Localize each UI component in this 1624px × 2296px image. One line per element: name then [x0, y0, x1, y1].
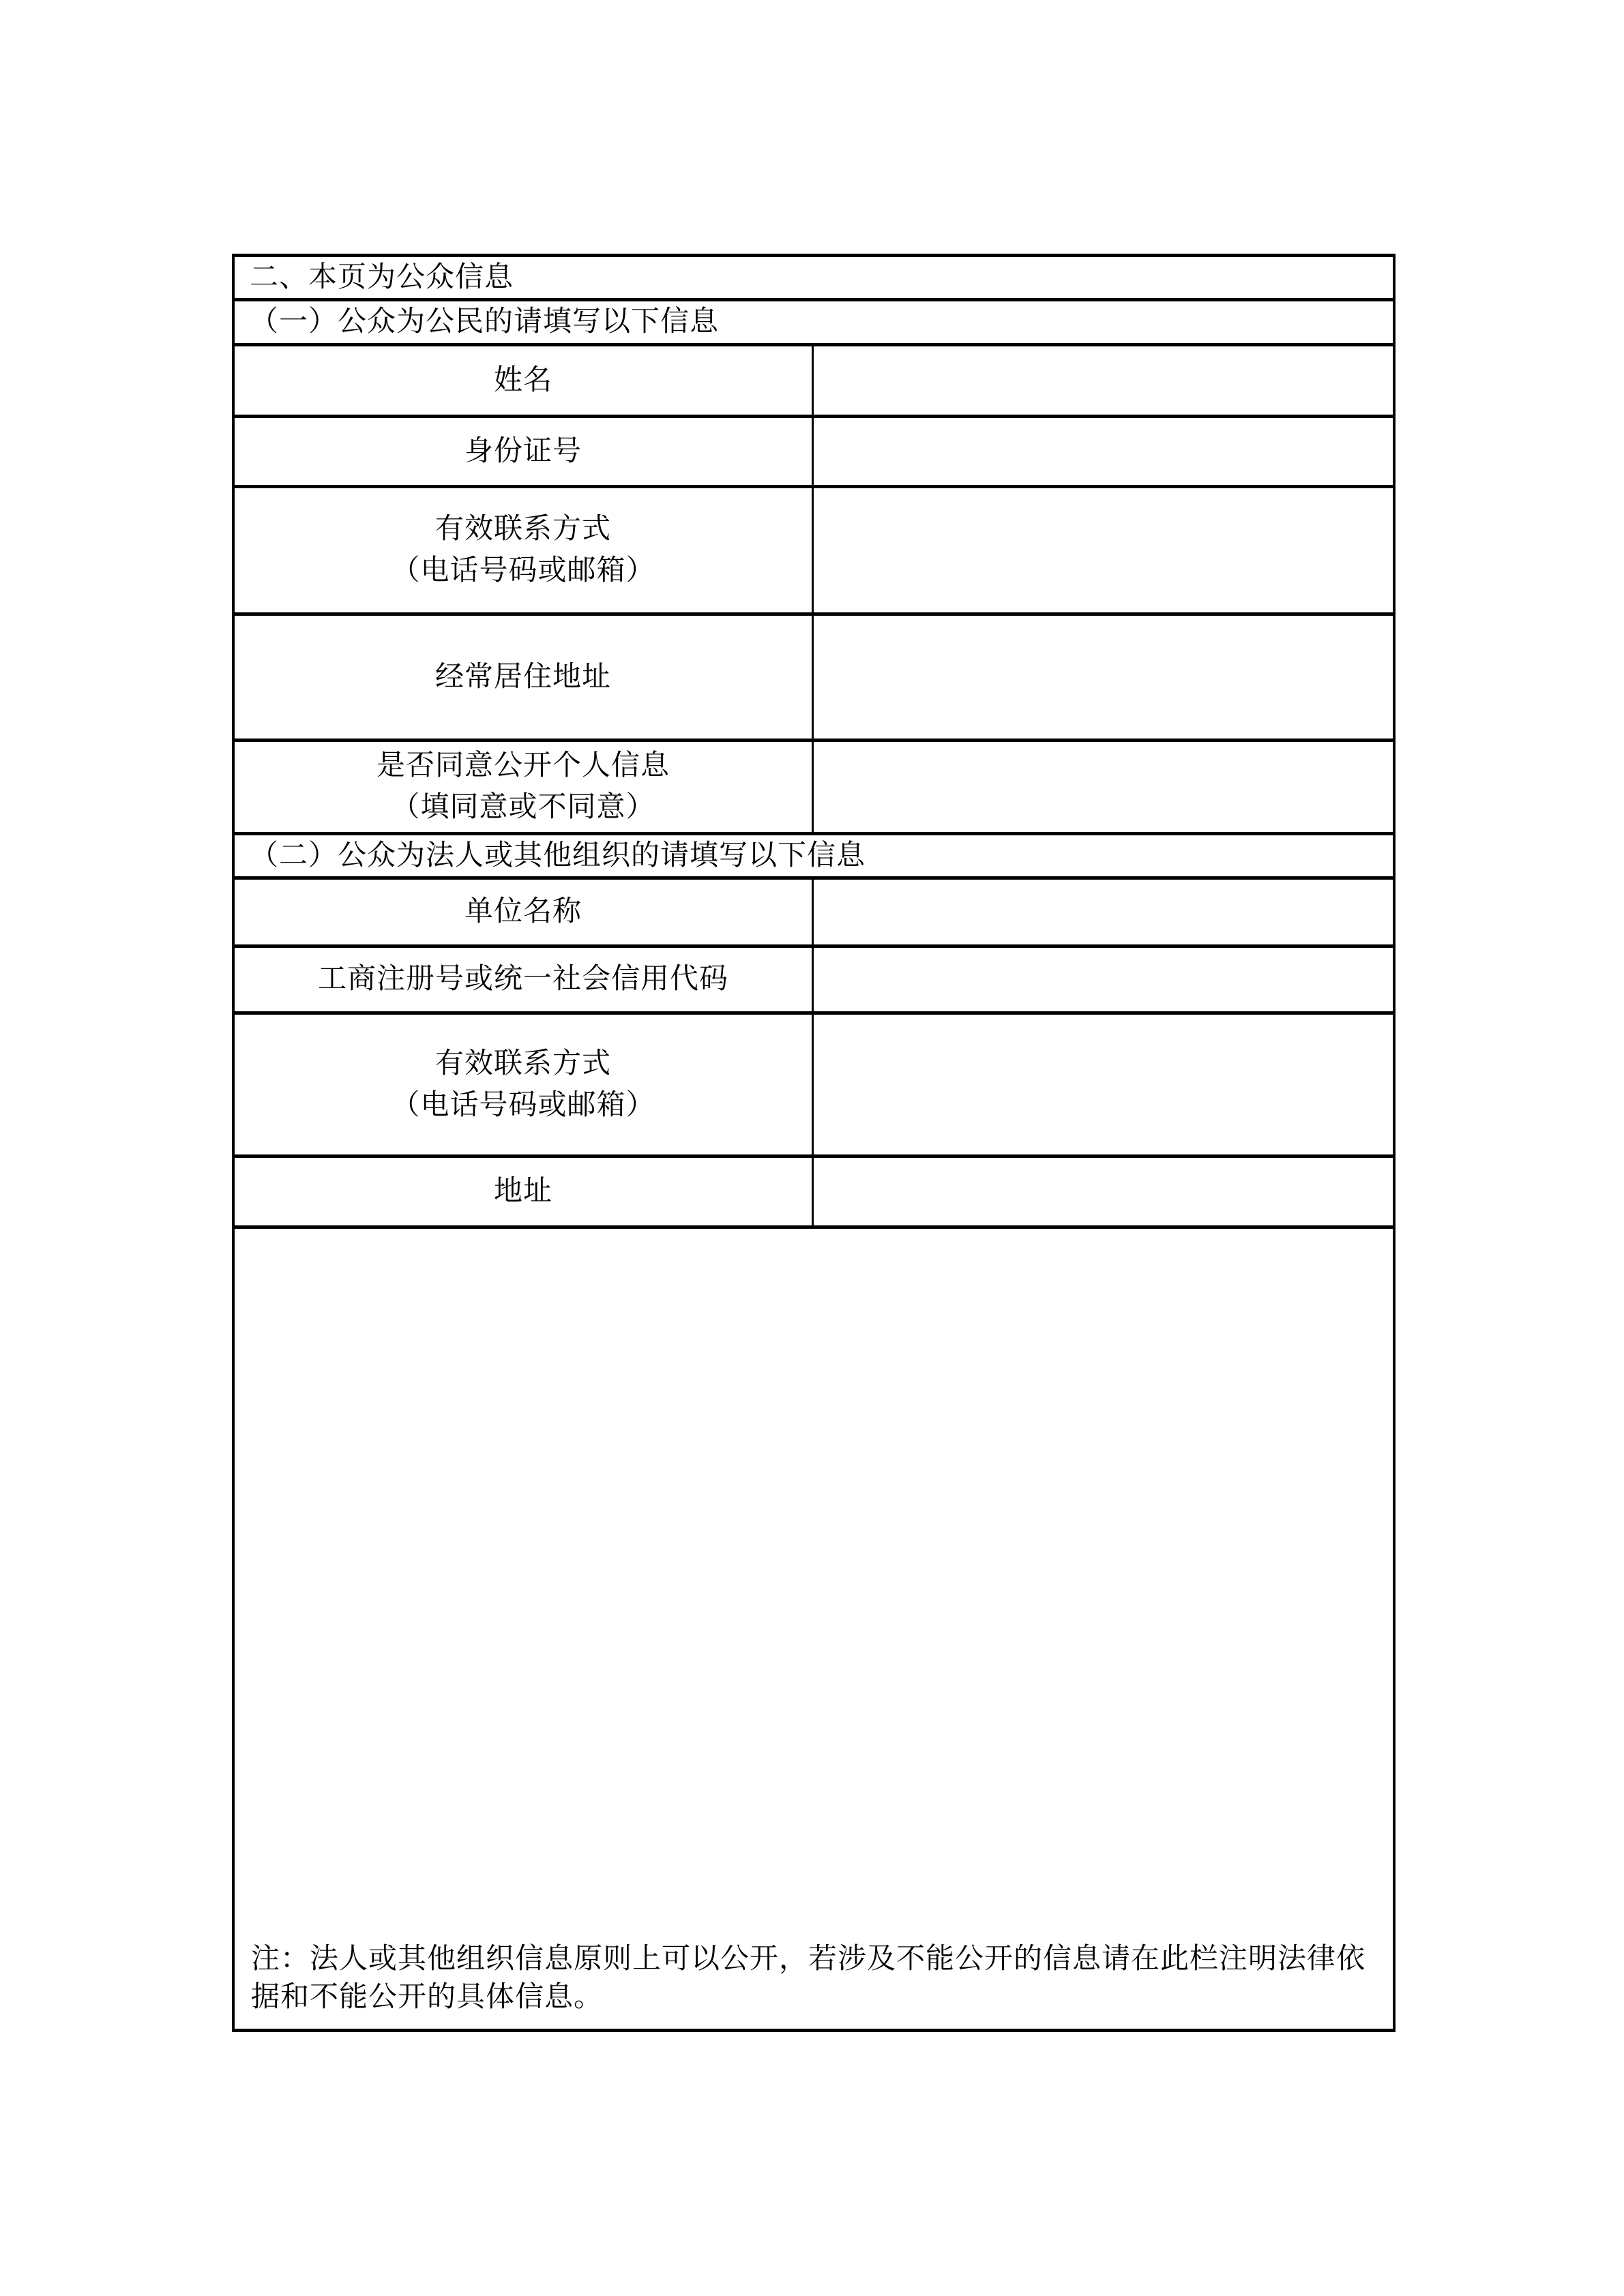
business-registration-label: 工商注册号或统一社会信用代码 — [318, 959, 728, 1000]
consent-disclosure-input-cell[interactable] — [814, 742, 1393, 832]
contact-org-input-cell[interactable] — [814, 1015, 1393, 1154]
org-name-label: 单位名称 — [464, 891, 582, 933]
business-registration-input-cell[interactable] — [814, 948, 1393, 1011]
field-row-name: 姓名 — [235, 346, 1393, 418]
business-registration-label-cell: 工商注册号或统一社会信用代码 — [235, 948, 814, 1011]
field-row-org-address: 地址 — [235, 1158, 1393, 1229]
org-address-input-cell[interactable] — [814, 1158, 1393, 1225]
contact-citizen-label-cell: 有效联系方式 （电话号码或邮箱） — [235, 488, 814, 612]
residence-address-input-cell[interactable] — [814, 616, 1393, 739]
field-row-contact-citizen: 有效联系方式 （电话号码或邮箱） — [235, 488, 1393, 616]
contact-citizen-sublabel: （电话号码或邮箱） — [391, 550, 655, 592]
contact-citizen-label: 有效联系方式 — [435, 509, 611, 550]
section-title-row: 二、本页为公众信息 — [235, 257, 1393, 301]
public-info-form-table: 二、本页为公众信息 （一）公众为公民的请填写以下信息 姓名 身份证号 有效联系方… — [232, 254, 1396, 2032]
section-title: 二、本页为公众信息 — [250, 257, 514, 299]
org-name-input-cell[interactable] — [814, 880, 1393, 944]
org-name-label-cell: 单位名称 — [235, 880, 814, 944]
part2-header-row: （二）公众为法人或其他组织的请填写以下信息 — [235, 835, 1393, 880]
document-page: 二、本页为公众信息 （一）公众为公民的请填写以下信息 姓名 身份证号 有效联系方… — [0, 0, 1624, 2296]
name-input-cell[interactable] — [814, 346, 1393, 415]
consent-disclosure-sublabel: （填同意或不同意） — [391, 787, 655, 829]
contact-org-label: 有效联系方式 — [435, 1043, 611, 1085]
name-label-cell: 姓名 — [235, 346, 814, 415]
residence-address-label: 经常居住地址 — [435, 657, 611, 698]
id-number-label: 身份证号 — [464, 431, 582, 473]
name-label: 姓名 — [494, 360, 552, 402]
field-row-consent-disclosure: 是否同意公开个人信息 （填同意或不同意） — [235, 742, 1393, 835]
note-text: 注：法人或其他组织信息原则上可以公开，若涉及不能公开的信息请在此栏注明法律依据和… — [251, 1941, 1376, 2016]
contact-org-label-cell: 有效联系方式 （电话号码或邮箱） — [235, 1015, 814, 1154]
residence-address-label-cell: 经常居住地址 — [235, 616, 814, 739]
field-row-id-number: 身份证号 — [235, 418, 1393, 488]
part2-header: （二）公众为法人或其他组织的请填写以下信息 — [250, 835, 866, 877]
contact-org-sublabel: （电话号码或邮箱） — [391, 1085, 655, 1127]
field-row-residence-address: 经常居住地址 — [235, 616, 1393, 742]
id-number-input-cell[interactable] — [814, 418, 1393, 485]
contact-citizen-input-cell[interactable] — [814, 488, 1393, 612]
field-row-org-name: 单位名称 — [235, 880, 1393, 948]
id-number-label-cell: 身份证号 — [235, 418, 814, 485]
org-address-label-cell: 地址 — [235, 1158, 814, 1225]
consent-disclosure-label-cell: 是否同意公开个人信息 （填同意或不同意） — [235, 742, 814, 832]
consent-disclosure-label: 是否同意公开个人信息 — [377, 745, 670, 787]
note-cell[interactable]: 注：法人或其他组织信息原则上可以公开，若涉及不能公开的信息请在此栏注明法律依据和… — [235, 1229, 1393, 2029]
part1-header-row: （一）公众为公民的请填写以下信息 — [235, 301, 1393, 346]
part1-header: （一）公众为公民的请填写以下信息 — [250, 301, 719, 343]
field-row-business-registration-number: 工商注册号或统一社会信用代码 — [235, 948, 1393, 1015]
org-address-label: 地址 — [494, 1171, 552, 1212]
field-row-contact-org: 有效联系方式 （电话号码或邮箱） — [235, 1015, 1393, 1158]
